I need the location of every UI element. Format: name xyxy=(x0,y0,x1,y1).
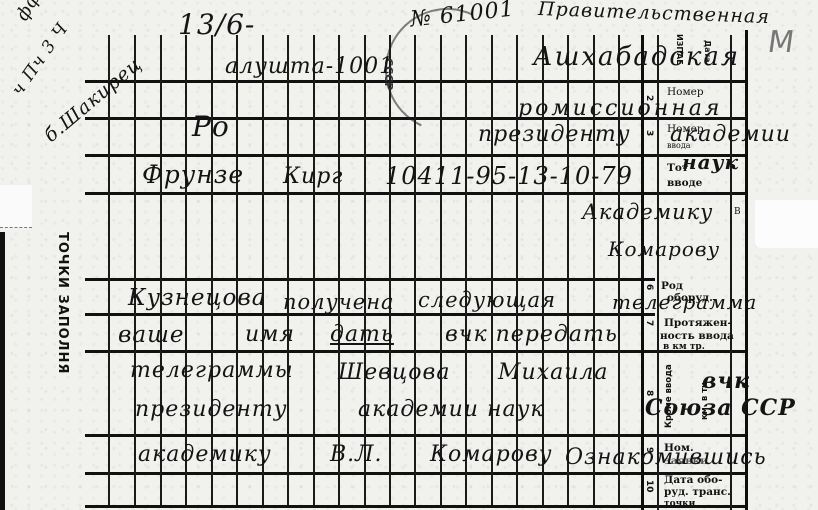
hw-line10-a: президенту xyxy=(135,397,288,422)
row-label-protyazh-2: ность ввода xyxy=(660,331,734,342)
row-label-data-1: Дата обо- xyxy=(664,475,722,486)
hw-line3-a: президенту xyxy=(478,122,631,147)
row-label-tot-2: вводе xyxy=(667,178,702,189)
row-number-10: 10 xyxy=(644,480,654,493)
hw-line4-a: Фрунзе xyxy=(142,160,244,189)
hw-line7-a: Кузнецова xyxy=(128,285,266,311)
row-label-data-3: точки xyxy=(664,499,695,510)
left-page-edge xyxy=(0,232,5,510)
row-label-v: В xyxy=(734,207,741,218)
hw-line8-a: ваше xyxy=(118,322,185,348)
grid-rule-10 xyxy=(85,505,745,508)
hw-line9-a: телеграммы xyxy=(130,358,294,383)
hw-line8-d: вчк передать xyxy=(445,322,618,347)
hw-line3-c: наук xyxy=(682,150,739,174)
hw-line7-d: телеграмма xyxy=(612,290,757,314)
hw-line1-b: Ашхабадская xyxy=(533,42,740,72)
hw-line6: Комарову xyxy=(608,237,720,261)
margin-note-date: 13/6- xyxy=(178,8,255,41)
torn-corner-left xyxy=(0,185,32,228)
hw-line7-c: следующая xyxy=(418,288,556,312)
hw-line4-c: 10411-95-13-10-79 xyxy=(385,162,633,190)
row-label-data-2: руд. транс. xyxy=(664,487,731,498)
form-side-label: ТОЧКИ ЗАПОЛНЯ xyxy=(55,232,70,374)
row-number-3: 3 xyxy=(644,130,654,136)
hw-line5: Академику xyxy=(582,200,713,224)
hw-line11-b: В.Л. xyxy=(330,442,383,467)
hw-line8-c: дать xyxy=(330,322,394,347)
hw-line9-b: Шевцова xyxy=(338,360,450,385)
hw-line1-a: алушта-1001 xyxy=(225,54,394,79)
hw-line9-c: Михаила xyxy=(498,360,609,385)
hw-line7-b: получена xyxy=(283,290,395,314)
grid-rule-5 xyxy=(85,278,655,281)
pencil-mark: М xyxy=(766,25,797,60)
torn-patch-right xyxy=(755,200,818,248)
grid-rule-1 xyxy=(85,80,655,83)
grid-rule-7 xyxy=(85,350,655,353)
hw-line11-a: академику xyxy=(138,442,272,467)
hw-line9-d: вчк xyxy=(702,368,750,394)
grid-rule-9 xyxy=(85,472,655,475)
hw-line8-b: имя xyxy=(245,322,295,347)
hw-line10-d: Союза ССР xyxy=(645,395,796,421)
row-number-7: 7 xyxy=(644,320,654,326)
hw-line11-d: Ознакомившись xyxy=(565,445,767,470)
hw-line10-c: наук xyxy=(487,397,545,422)
hw-line2-a: Ро xyxy=(192,110,230,143)
grid-rule-8 xyxy=(85,434,655,437)
hw-line10-b: академии xyxy=(358,397,479,422)
hw-line3-b: академии xyxy=(670,122,791,147)
hw-line2-b: ромиссионная xyxy=(518,96,722,121)
hw-line4-b: Кирг xyxy=(283,164,343,189)
row-label-protyazh-1: Протяжен- xyxy=(664,318,732,329)
hw-line11-c: Комарову xyxy=(430,442,553,467)
row-label-protyazh-3: в км тр. xyxy=(663,342,705,353)
